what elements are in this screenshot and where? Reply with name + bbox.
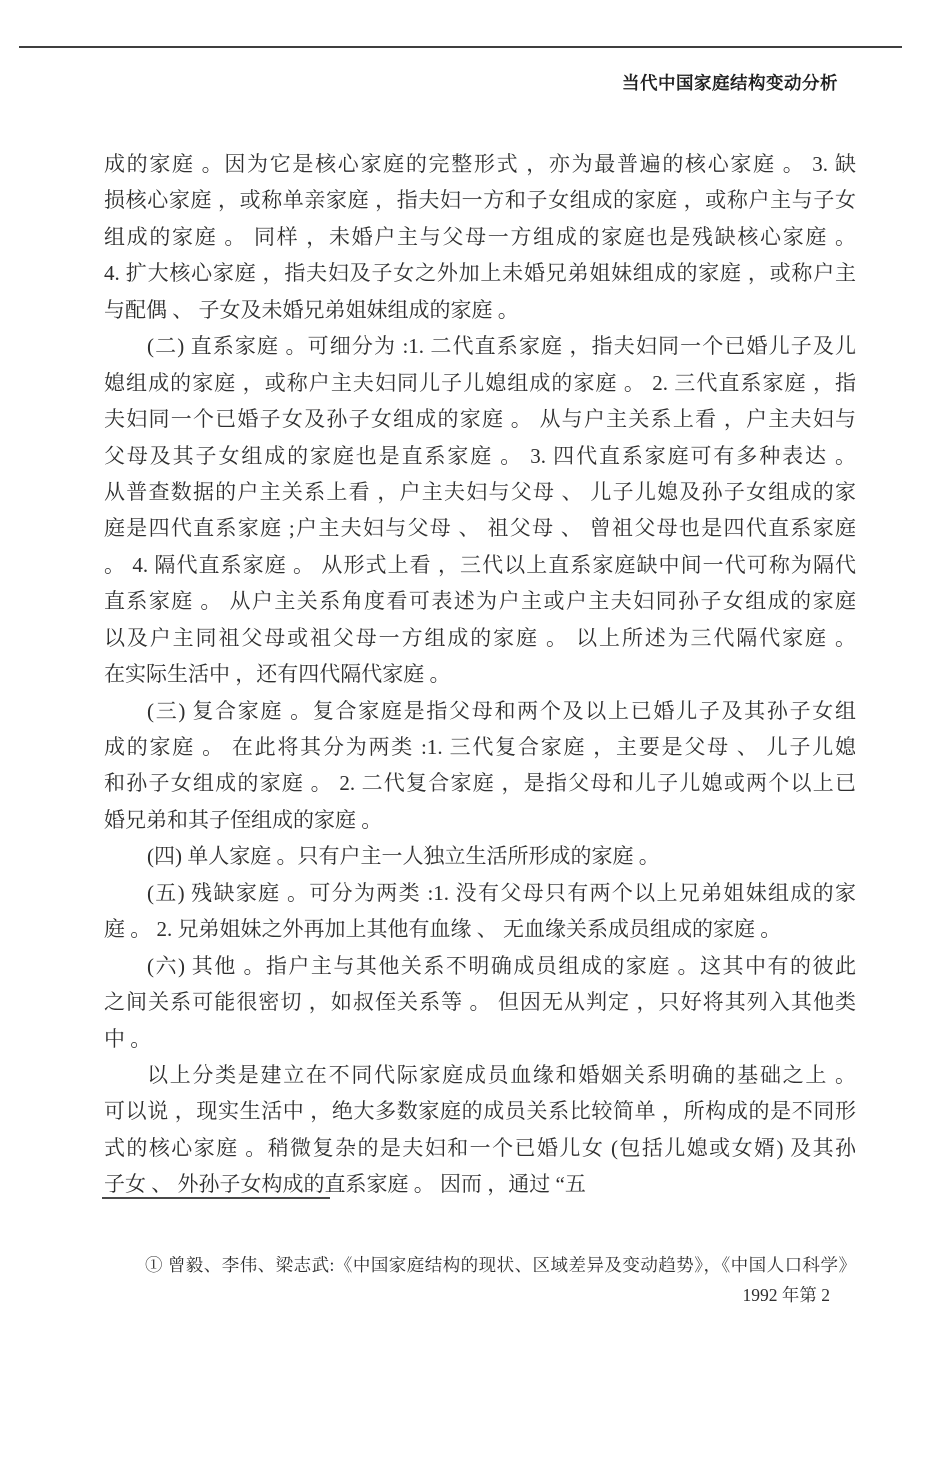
running-header-title: 当代中国家庭结构变动分析	[622, 70, 838, 95]
text-line: (四) 单人家庭 。只有户主一人独立生活所形成的家庭 。	[104, 838, 856, 874]
text-line: 父母及其子女组成的家庭也是直系家庭 。 3. 四代直系家庭可有多种表达 。	[104, 438, 856, 474]
text-line: 和孙子女组成的家庭 。 2. 二代复合家庭 ，是指父母和儿子儿媳或两个以上已	[104, 765, 856, 801]
text-line: 中 。	[104, 1021, 856, 1057]
document-body: 成的家庭 。因为它是核心家庭的完整形式 ，亦为最普遍的核心家庭 。 3. 缺 损…	[104, 146, 856, 1203]
text-line: (五) 残缺家庭 。可分为两类 :1. 没有父母只有两个以上兄弟姐妹组成的家	[104, 875, 856, 911]
text-line: 损核心家庭 ，或称单亲家庭 ，指夫妇一方和子女组成的家庭 ，或称户主与子女	[104, 182, 856, 218]
text-line: 。 4. 隔代直系家庭 。 从形式上看 ，三代以上直系家庭缺中间一代可称为隔代	[104, 547, 856, 583]
text-line: 以上分类是建立在不同代际家庭成员血缘和婚姻关系明确的基础之上 。	[104, 1057, 856, 1093]
text-line: (六) 其他 。指户主与其他关系不明确成员组成的家庭 。这其中有的彼此	[104, 948, 856, 984]
text-line: 以及户主同祖父母或祖父母一方组成的家庭 。 以上所述为三代隔代家庭 。	[104, 620, 856, 656]
text-line: 组成的家庭 。 同样 ，未婚户主与父母一方组成的家庭也是残缺核心家庭 。	[104, 219, 856, 255]
text-line: 从普查数据的户主关系上看 ，户主夫妇与父母 、 儿子儿媳及孙子女组成的家	[104, 474, 856, 510]
document-page: 当代中国家庭结构变动分析 成的家庭 。因为它是核心家庭的完整形式 ，亦为最普遍的…	[0, 0, 950, 1463]
text-line: 与配偶 、 子女及未婚兄弟姐妹组成的家庭 。	[104, 292, 856, 328]
footnote-separator	[102, 1197, 330, 1199]
footnote: ① 曾毅、李伟、梁志武:《中国家庭结构的现状、区域差异及变动趋势》，《中国人口科…	[104, 1250, 856, 1310]
text-line: 庭是四代直系家庭 ;户主夫妇与父母 、 祖父母 、 曾祖父母也是四代直系家庭	[104, 510, 856, 546]
text-line: 可以说 ，现实生活中 ，绝大多数家庭的成员关系比较简单 ，所构成的是不同形	[104, 1093, 856, 1129]
text-line: 夫妇同一个已婚子女及孙子女组成的家庭 。 从与户主关系上看 ，户主夫妇与	[104, 401, 856, 437]
text-line: 成的家庭 。因为它是核心家庭的完整形式 ，亦为最普遍的核心家庭 。 3. 缺	[104, 146, 856, 182]
text-line: 直系家庭 。 从户主关系角度看可表述为户主或户主夫妇同孙子女组成的家庭	[104, 583, 856, 619]
text-line: 之间关系可能很密切 ，如叔侄关系等 。 但因无从判定 ，只好将其列入其他类	[104, 984, 856, 1020]
text-line: 4. 扩大核心家庭 ，指夫妇及子女之外加上未婚兄弟姐妹组成的家庭 ，或称户主	[104, 255, 856, 291]
footnote-continuation: 1992 年第 2	[104, 1280, 856, 1310]
text-line: 媳组成的家庭 ，或称户主夫妇同儿子儿媳组成的家庭 。 2. 三代直系家庭 ，指	[104, 365, 856, 401]
text-line: 成的家庭 。 在此将其分为两类 :1. 三代复合家庭 ，主要是父母 、 儿子儿媳	[104, 729, 856, 765]
header-rule	[19, 46, 902, 48]
text-line: (三) 复合家庭 。复合家庭是指父母和两个及以上已婚儿子及其孙子女组	[104, 693, 856, 729]
text-line: 婚兄弟和其子侄组成的家庭 。	[104, 802, 856, 838]
text-line: (二) 直系家庭 。可细分为 :1. 二代直系家庭 ，指夫妇同一个已婚儿子及儿	[104, 328, 856, 364]
text-line: 庭 。 2. 兄弟姐妹之外再加上其他有血缘 、 无血缘关系成员组成的家庭 。	[104, 911, 856, 947]
text-line: 式的核心家庭 。稍微复杂的是夫妇和一个已婚儿女 (包括儿媳或女婿) 及其孙	[104, 1130, 856, 1166]
text-line: 在实际生活中 ，还有四代隔代家庭 。	[104, 656, 856, 692]
footnote-line: ① 曾毅、李伟、梁志武:《中国家庭结构的现状、区域差异及变动趋势》，《中国人口科…	[104, 1250, 856, 1280]
